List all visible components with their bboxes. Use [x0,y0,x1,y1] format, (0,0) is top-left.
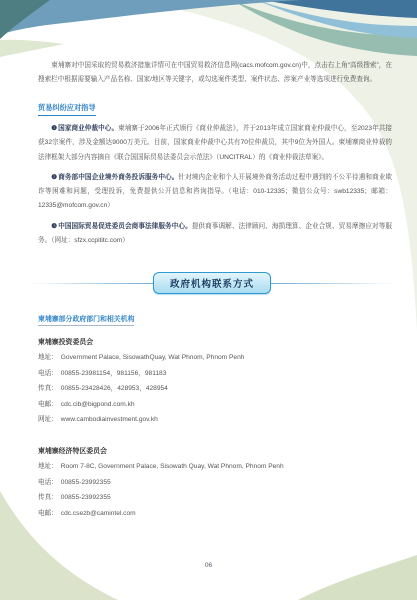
contact-row-address: 地址： Room 7-8C, Government Palace, Sisowa… [38,463,392,470]
contact-value: cdc.csezb@camintel.com [61,510,136,517]
guidance-item-1-lead: 国家商业仲裁中心。 [58,125,118,132]
circled-number-1-icon: ❶ [51,125,57,132]
guidance-item-2-lead: 商务部中国企业境外商务投诉服务中心。 [58,174,178,181]
contact-label: 电话： [38,479,58,486]
contact-label: 地址： [38,463,58,470]
contact-row-address: 地址： Government Palace, SisowathQuay, Wat… [38,354,392,361]
page-content: 柬埔寨对中国采取的贸易救济措施详情可在中国贸易救济信息网(cacs.mofcom… [0,0,417,517]
contact-value: Room 7-8C, Government Palace, Sisowath Q… [61,463,284,470]
contact-label: 电邮： [38,401,58,408]
contact-row-phone: 电话： 00855-23992355 [38,479,392,486]
agency-investment-council: 柬埔寨投资委员会 地址： Government Palace, Sisowath… [38,336,392,423]
contact-value: 00855-23981154，981156，981183 [61,370,167,377]
contact-row-email: 电邮： cdc.cib@bigpond.com.kh [38,401,392,408]
document-page: 柬埔寨对中国采取的贸易救济措施详情可在中国贸易救济信息网(cacs.mofcom… [0,0,417,600]
contact-label: 传真： [38,385,58,392]
contact-row-fax: 传真： 00855-23428426，428953，428954 [38,385,392,392]
guidance-item-1: ❶国家商业仲裁中心。柬埔寨于2006年正式颁行《商业仲裁法》，并于2013年成立… [38,122,392,165]
banner-title: 政府机构联系方式 [153,272,271,294]
contact-label: 网址： [38,416,58,423]
intro-paragraph: 柬埔寨对中国采取的贸易救济措施详情可在中国贸易救济信息网(cacs.mofcom… [38,59,392,87]
agency-sez-board: 柬埔寨经济特区委员会 地址： Room 7-8C, Government Pal… [38,445,392,517]
guidance-item-3: ❸中国国际贸易促进委员会商事法律服务中心。提供商事调解、法律顾问、海损理算、企业… [38,220,392,249]
contact-value: www.cambodiainvestment.gov.kh [61,416,158,423]
contact-label: 传真： [38,494,58,501]
guidance-section-title: 贸易纠纷应对指导 [38,103,96,116]
guidance-item-3-lead: 中国国际贸易促进委员会商事法律服务中心。 [58,223,192,230]
banner-right-line [271,283,394,284]
contact-row-fax: 传真： 00855-23992355 [38,494,392,501]
contact-row-phone: 电话： 00855-23981154，981156，981183 [38,370,392,377]
circled-number-3-icon: ❸ [51,223,57,230]
contact-row-website: 网址： www.cambodiainvestment.gov.kh [38,416,392,423]
agencies-subtitle: 柬埔寨部分政府部门和相关机构 [38,313,134,326]
contact-value: 00855-23992355 [61,494,111,501]
agency-name: 柬埔寨投资委员会 [38,336,392,346]
section-banner: 政府机构联系方式 [30,272,394,294]
page-number: 06 [0,562,417,569]
circled-number-2-icon: ❷ [51,174,57,181]
contact-label: 地址： [38,354,58,361]
contact-value: Government Palace, SisowathQuay, Wat Phn… [61,354,245,361]
contact-value: 00855-23428426，428953，428954 [61,385,168,392]
contact-label: 电话： [38,370,58,377]
banner-left-line [30,283,153,284]
contact-value: cdc.cib@bigpond.com.kh [61,401,135,408]
agency-name: 柬埔寨经济特区委员会 [38,445,392,455]
contact-value: 00855-23992355 [61,479,111,486]
contact-label: 电邮： [38,510,58,517]
guidance-item-2: ❷商务部中国企业境外商务投诉服务中心。针对境内企业和个人开展境外商务活动过程中遇… [38,171,392,214]
contact-row-email: 电邮： cdc.csezb@camintel.com [38,510,392,517]
